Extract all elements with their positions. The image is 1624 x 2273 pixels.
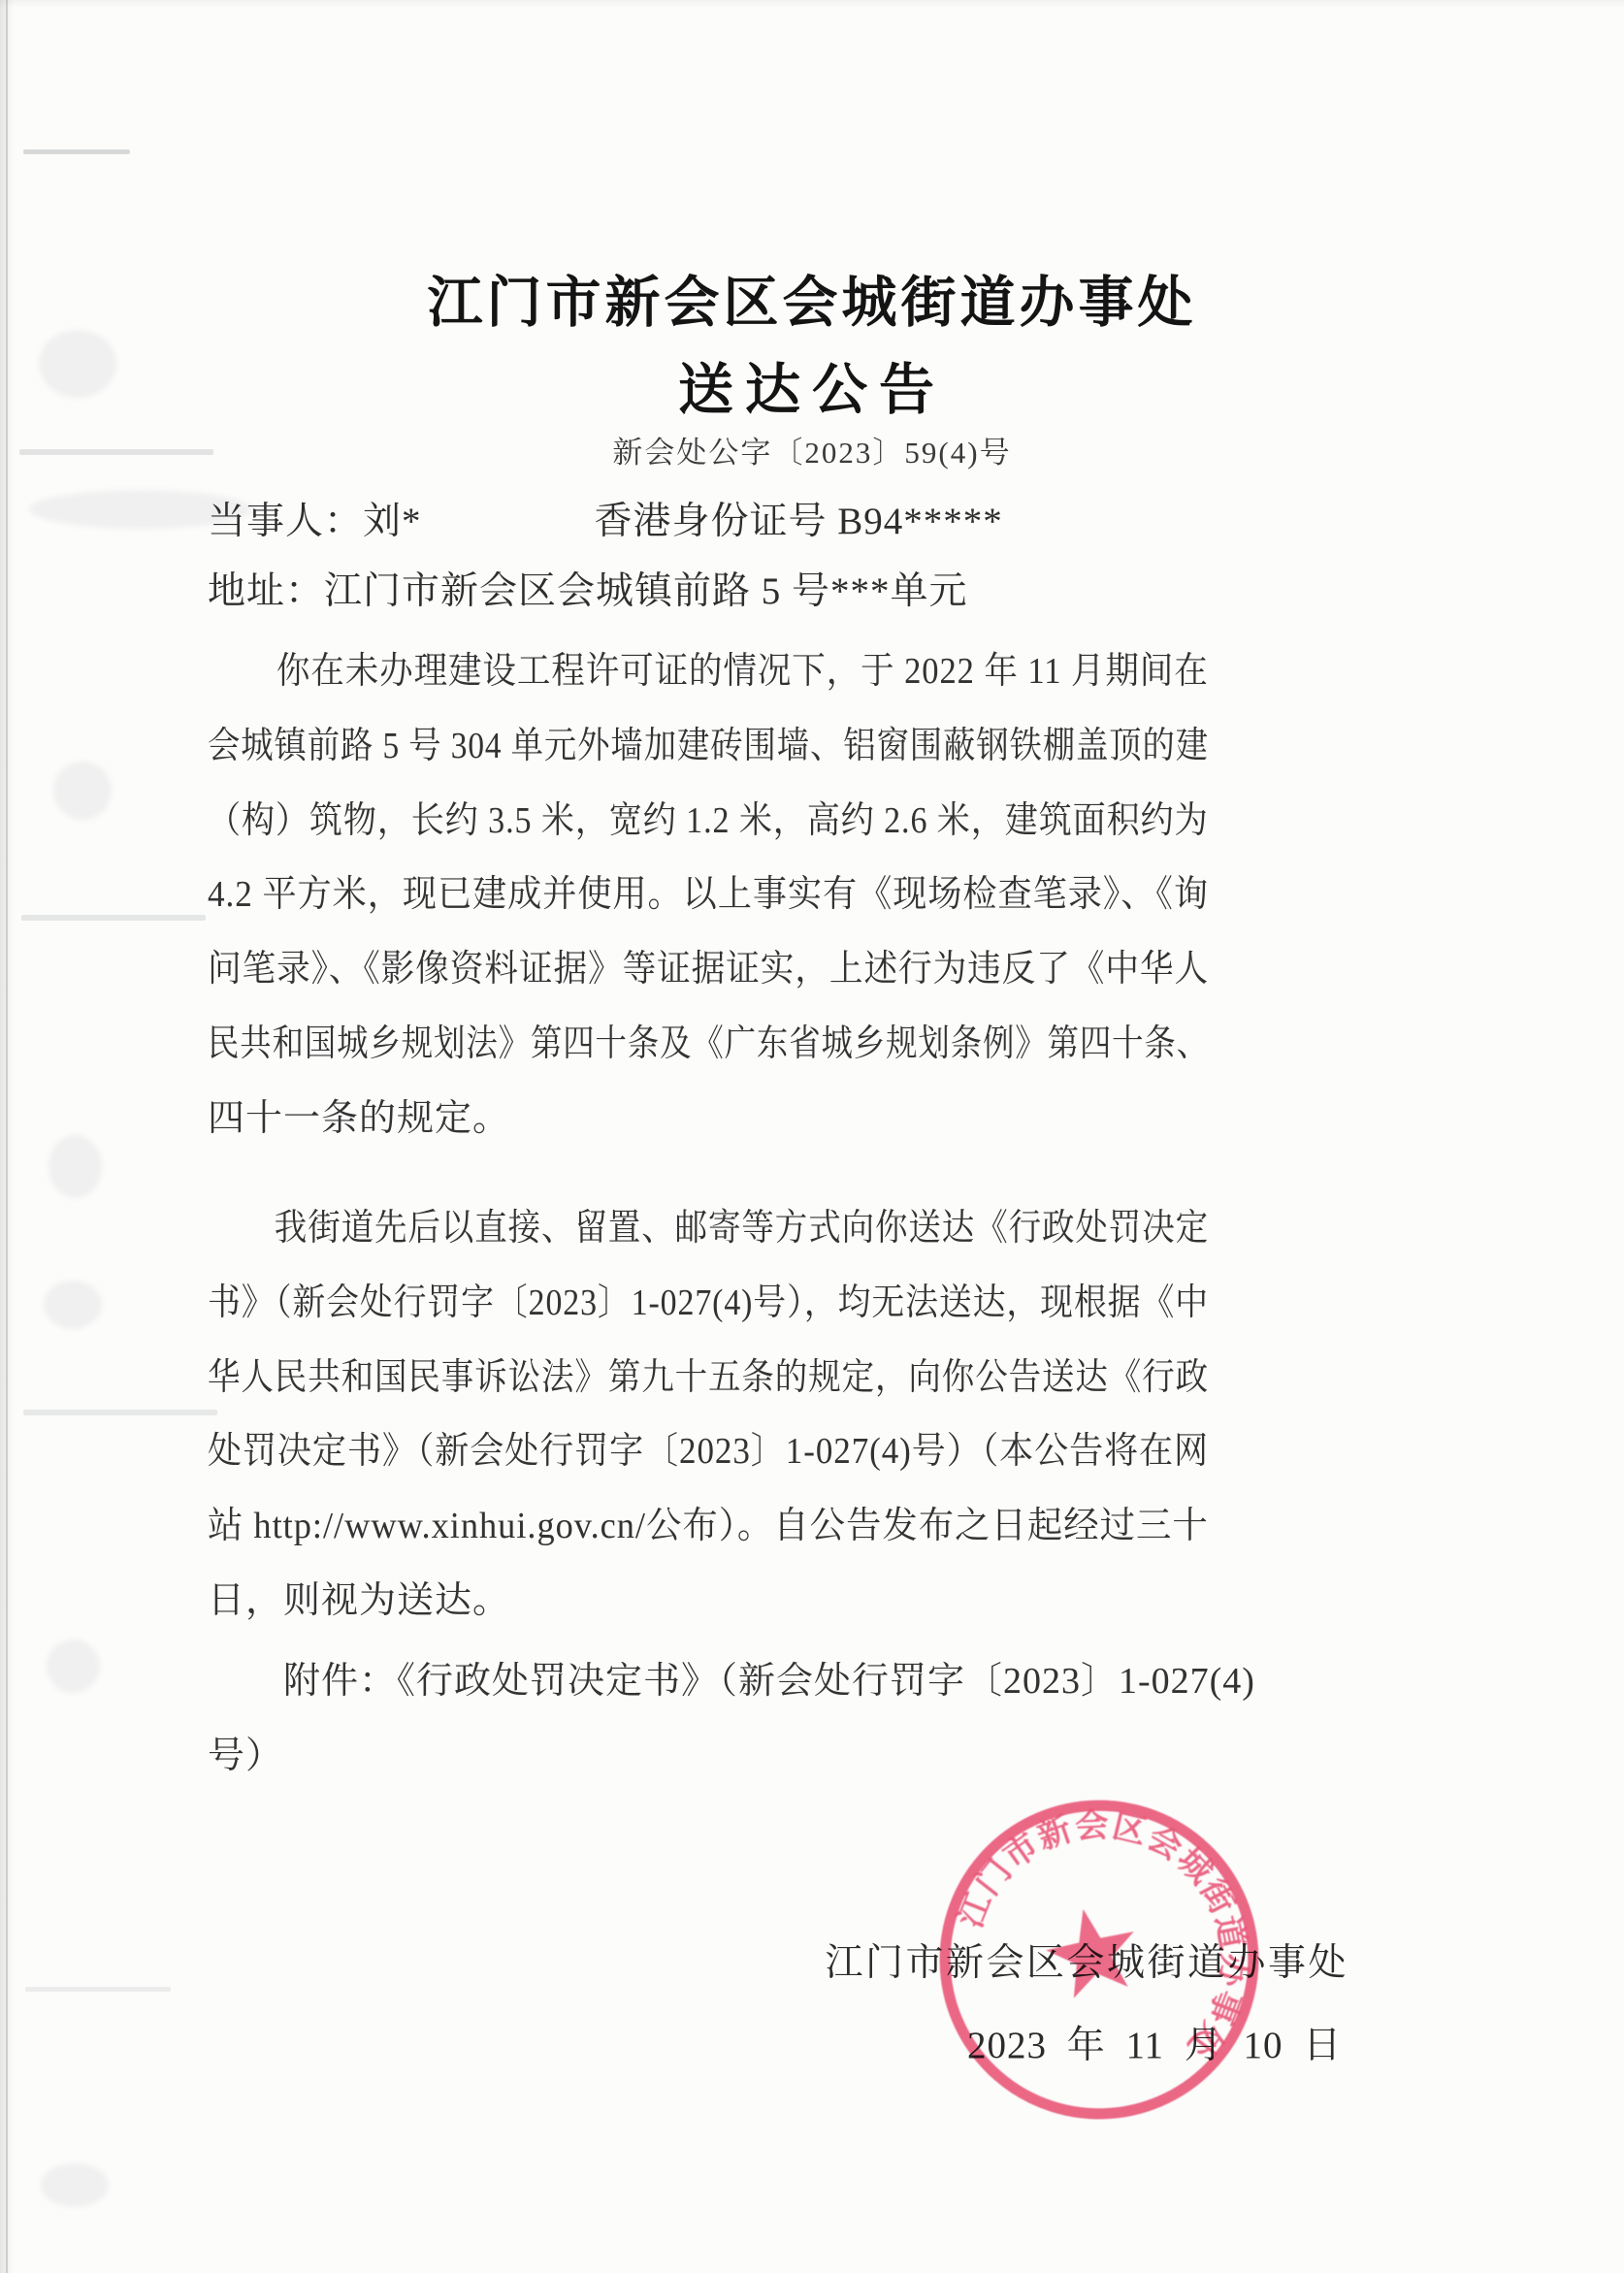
address-line: 地址：江门市新会区会城镇前路 5 号***单元 [208, 561, 968, 615]
text-line: 你在未办理建设工程许可证的情况下，于 2022 年 11 月期间在 [208, 634, 1118, 709]
text-line: 会城镇前路 5 号 304 单元外墙加建砖围墙、铝窗围蔽钢铁棚盖顶的建 [208, 709, 1087, 784]
document-title: 江门市新会区会城街道办事处 [0, 258, 1624, 338]
party-label: 当事人： [208, 501, 363, 542]
text-line: 站 http://www.xinhui.gov.cn/公布）。自公告发布之日起经… [208, 1489, 1167, 1564]
text-line: 日，则视为送达。 [208, 1564, 1209, 1639]
scan-artifact [21, 915, 206, 921]
body-paragraph-1: 你在未办理建设工程许可证的情况下，于 2022 年 11 月期间在会城镇前路 5… [208, 634, 1209, 1156]
text-line: 问笔录》、《影像资料证据》等证据证实，上述行为违反了《中华人 [208, 932, 1121, 1007]
body-paragraph-2: 我街道先后以直接、留置、邮寄等方式向你送达《行政处罚决定书》（新会处行罚字〔20… [208, 1191, 1209, 1639]
document-number: 新会处公字〔2023〕59(4)号 [0, 428, 1624, 471]
text-line: （构）筑物，长约 3.5 米，宽约 1.2 米，高约 2.6 米，建筑面积约为 [208, 784, 1105, 859]
official-seal: 江门市新会区会城街道办事处 [921, 1781, 1277, 2137]
scan-artifact [49, 1135, 102, 1198]
scan-artifact [25, 1987, 171, 1992]
scan-edge-line [6, 0, 8, 2273]
red-star-icon [1039, 1900, 1145, 2001]
text-line: 四十一条的规定。 [208, 1082, 1209, 1156]
text-line: 华人民共和国民事诉讼法》第九十五条的规定，向你公告送达《行政 [208, 1341, 1090, 1415]
scan-artifact [23, 1410, 217, 1415]
party-name: 刘* [363, 501, 422, 542]
scan-artifact [23, 149, 130, 154]
scan-artifact [47, 1640, 100, 1693]
text-line: 民共和国城乡规划法》第四十条及《广东省城乡规划条例》第四十条、 [208, 1007, 1062, 1082]
scan-artifact [44, 1281, 102, 1329]
text-line: 书》（新会处行罚字〔2023〕1-027(4)号），均无法送达，现根据《中 [208, 1266, 1100, 1341]
document-subtitle: 送达公告 [0, 345, 1624, 425]
scan-artifact [41, 2163, 109, 2207]
party-line: 当事人：刘*香港身份证号 B94***** [208, 491, 1003, 545]
party-id: 香港身份证号 B94***** [595, 501, 1003, 542]
attachment-paragraph: 附件：《行政处罚决定书》（新会处行罚字〔2023〕1-027(4)号） [208, 1644, 1352, 1794]
text-line: 附件：《行政处罚决定书》（新会处行罚字〔2023〕1-027(4) [208, 1644, 1352, 1719]
scan-artifact [53, 762, 112, 820]
scanned-document-page: 江门市新会区会城街道办事处 送达公告 新会处公字〔2023〕59(4)号 当事人… [0, 0, 1624, 2273]
text-line: 我街道先后以直接、留置、邮寄等方式向你送达《行政处罚决定 [208, 1191, 1090, 1266]
text-line: 号） [208, 1719, 1352, 1794]
text-line: 处罚决定书》（新会处行罚字〔2023〕1-027(4)号）（本公告将在网 [208, 1414, 1131, 1489]
text-line: 4.2 平方米，现已建成并使用。以上事实有《现场检查笔录》、《询 [208, 858, 1134, 932]
